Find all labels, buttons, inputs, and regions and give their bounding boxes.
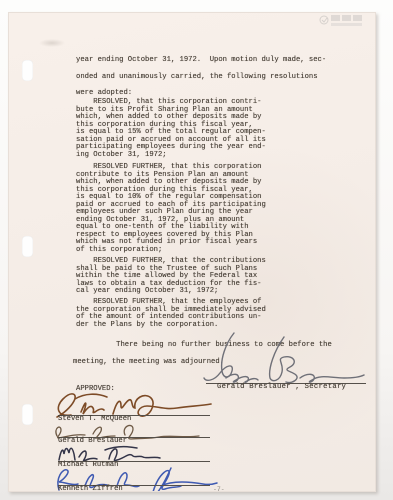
secretary-signature (196, 327, 368, 385)
punch-hole-icon (22, 60, 33, 81)
punch-hole-icon (22, 236, 33, 257)
resolution-paragraph-1: RESOLVED, that this corporation contri- … (76, 99, 266, 159)
secretary-name-line: Gerald Breslauer , Secretary (217, 384, 346, 392)
intro-paragraph: year ending October 31, 1972. Upon motio… (76, 52, 326, 102)
document-page: year ending October 31, 1972. Upon motio… (8, 12, 376, 492)
punch-hole-icon (22, 404, 33, 425)
resolution-paragraph-4: RESOLVED FURTHER, that the employees of … (76, 299, 266, 329)
signer-name-4: Kenneth Ziffren (58, 486, 123, 492)
resolution-paragraph-3: RESOLVED FURTHER, that the contributions… (76, 258, 266, 296)
pencil-smudge (39, 39, 65, 47)
watermark-logo-icon (317, 12, 373, 33)
page-number: -7- (213, 486, 225, 492)
resolution-paragraph-2: RESOLVED FURTHER, that this corporation … (76, 164, 266, 254)
